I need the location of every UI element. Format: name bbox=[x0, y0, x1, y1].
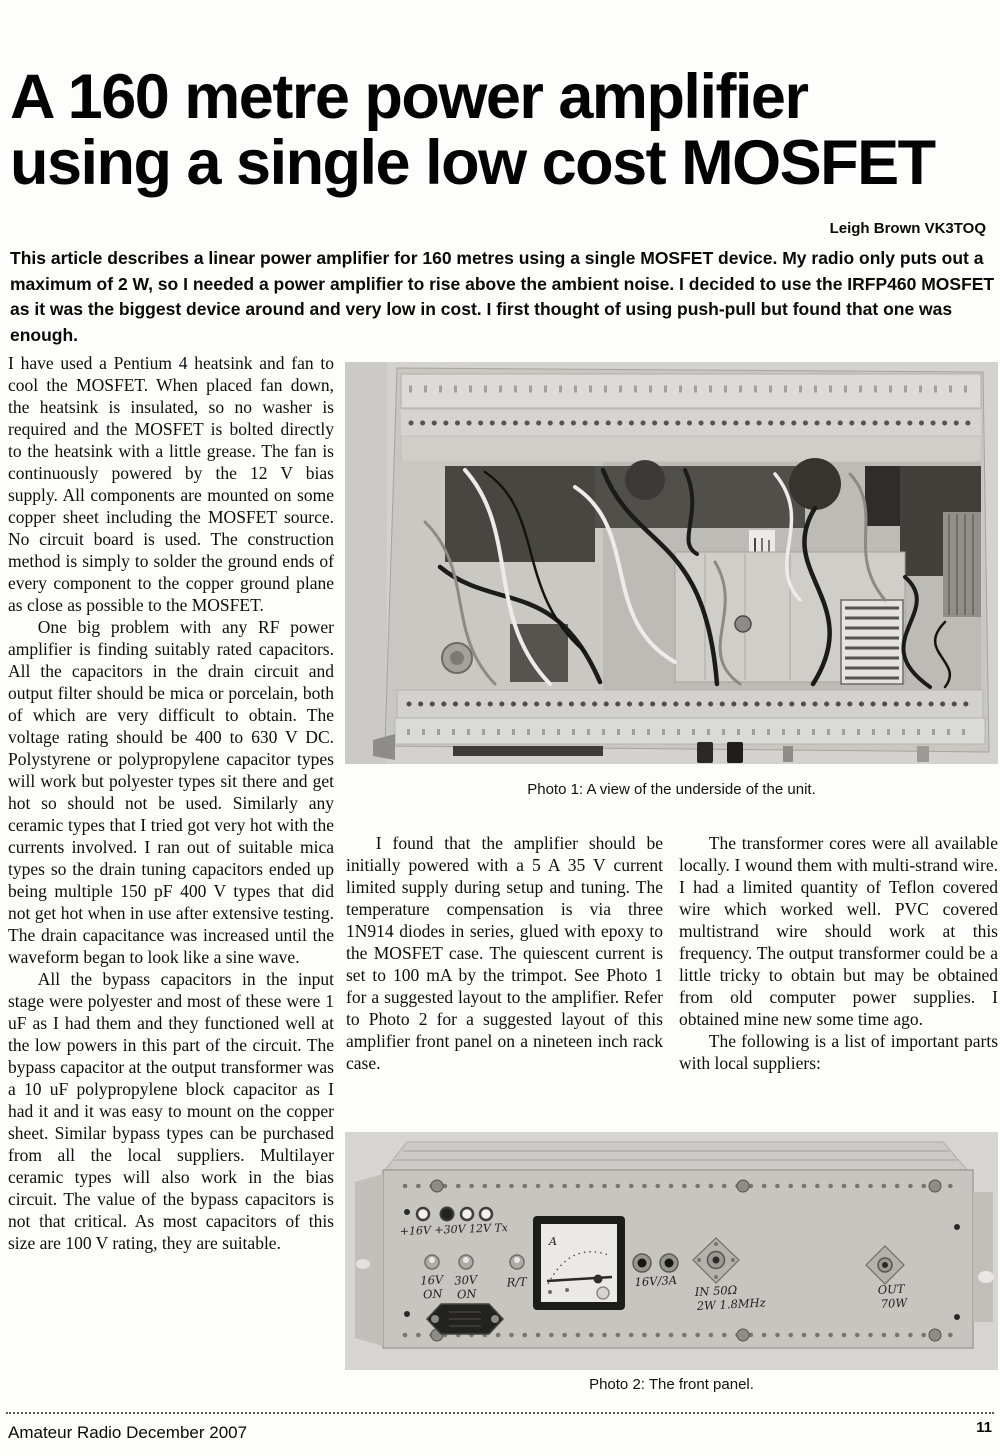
middle-column: I found that the amplifier should be ini… bbox=[346, 832, 663, 1074]
intro-paragraph: This article describes a linear power am… bbox=[10, 246, 995, 348]
led-12v bbox=[461, 1208, 473, 1220]
article-title-line2: using a single low cost MOSFET bbox=[10, 130, 995, 196]
rf-output-label-top: OUT bbox=[877, 1282, 906, 1297]
case-top bbox=[385, 1142, 967, 1170]
photo1-illustration bbox=[345, 362, 998, 764]
photo2-caption: Photo 2: The front panel. bbox=[345, 1376, 998, 1393]
photo1-underside-image bbox=[345, 362, 998, 764]
byline: Leigh Brown VK3TOQ bbox=[830, 220, 986, 237]
jacks-label: 16V/3A bbox=[634, 1273, 677, 1289]
left-paragraph-2: One big problem with any RF power amplif… bbox=[8, 616, 334, 968]
footer-divider bbox=[6, 1412, 994, 1414]
footer-page-number: 11 bbox=[976, 1419, 992, 1436]
right-column: The transformer cores were all available… bbox=[679, 832, 998, 1074]
right-paragraph-2: The following is a list of important par… bbox=[679, 1030, 998, 1074]
photo2-front-panel-image: +16V +30V 12V Tx 16V ON 30V ON R/T bbox=[345, 1132, 998, 1370]
switch-rt-label: R/T bbox=[505, 1274, 528, 1289]
middle-paragraph-1: I found that the amplifier should be ini… bbox=[346, 832, 663, 1074]
left-column: I have used a Pentium 4 heatsink and fan… bbox=[8, 352, 334, 1254]
magazine-page: A 160 metre power amplifier using a sing… bbox=[0, 0, 1000, 1456]
switch-16v-label-bottom: ON bbox=[423, 1286, 444, 1301]
meter-unit-label: A bbox=[548, 1235, 557, 1248]
ammeter: A bbox=[533, 1216, 625, 1310]
article-title-line1: A 160 metre power amplifier bbox=[10, 64, 995, 130]
left-paragraph-3: All the bypass capacitors in the input s… bbox=[8, 968, 334, 1254]
led-16v bbox=[417, 1208, 429, 1220]
right-paragraph-1: The transformer cores were all available… bbox=[679, 832, 998, 1030]
switch-30v-label-bottom: ON bbox=[457, 1286, 478, 1301]
led-30v bbox=[441, 1208, 454, 1221]
power-connector bbox=[427, 1304, 503, 1334]
rf-output-label-bottom: 70W bbox=[880, 1296, 908, 1311]
left-paragraph-1: I have used a Pentium 4 heatsink and fan… bbox=[8, 352, 334, 616]
led-tx bbox=[480, 1208, 492, 1220]
footer-journal: Amateur Radio December 2007 bbox=[8, 1423, 247, 1443]
switch-16v-label-top: 16V bbox=[420, 1272, 445, 1287]
switch-30v-label-top: 30V bbox=[454, 1272, 479, 1287]
photo2-illustration: +16V +30V 12V Tx 16V ON 30V ON R/T bbox=[345, 1132, 998, 1370]
photo1-caption: Photo 1: A view of the underside of the … bbox=[345, 781, 998, 798]
article-title: A 160 metre power amplifier using a sing… bbox=[10, 64, 995, 196]
